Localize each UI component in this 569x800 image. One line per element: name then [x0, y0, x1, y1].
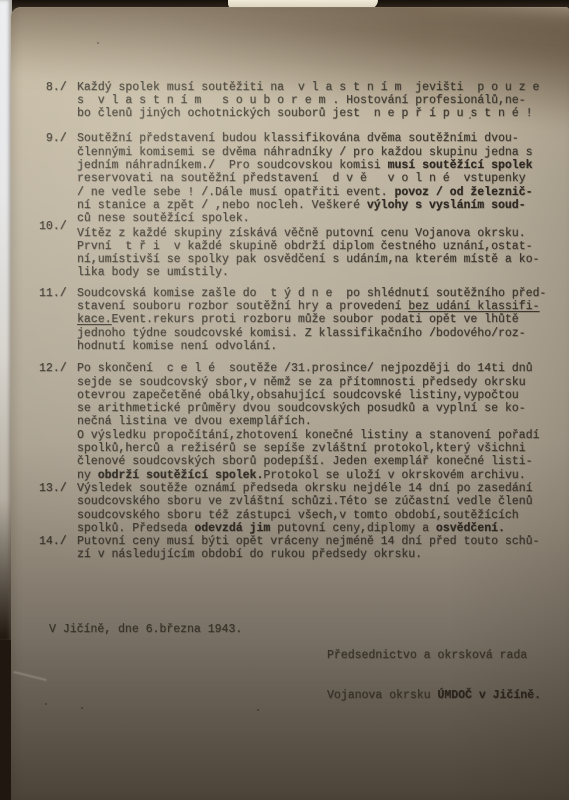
text-line: / ne vedle sebe ! /.Dále musí opatřiti e…	[77, 186, 533, 199]
item-text: Výsledek soutěže oznámí předseda okrsku …	[77, 482, 532, 535]
item-number: 13./	[39, 482, 77, 535]
text-line: První t ř i v každé skupině obdrží diplo…	[77, 240, 539, 253]
item-text: Každý spolek musí soutěžiti na v l a s t…	[77, 81, 539, 121]
list-item-11: 11./Soudcovská komise zašle do t ý d n e…	[39, 287, 569, 353]
text-line: Každý spolek musí soutěžiti na v l a s t…	[77, 81, 539, 94]
item-text: Soudcovská komise zašle do t ý d n e po …	[77, 287, 546, 353]
text-line: ní stanice a zpět / ,nebo nocleh. Vešker…	[77, 199, 533, 212]
signature-line-1: Předsednictvo a okrsková rada	[327, 649, 541, 662]
item-text: Po skončení c e l é soutěže /31.prosince…	[77, 362, 539, 482]
list-item-12: 12./Po skončení c e l é soutěže /31.pros…	[39, 362, 569, 482]
text-line: Výsledek soutěže oznámí předseda okrsku …	[77, 482, 532, 495]
text-line: lika body se umístily.	[77, 266, 539, 279]
text-line: jedním náhradníkem./ Pro soudcovskou kom…	[77, 159, 533, 172]
text-line: hodnutí komise není odvolání.	[77, 340, 546, 353]
text-line: Soudcovská komise zašle do t ý d n e po …	[77, 287, 546, 300]
text-line: Po skončení c e l é soutěže /31.prosince…	[77, 362, 539, 375]
text-line: zí v následujícím období do rukou předse…	[77, 548, 539, 561]
list-item-13: 13./Výsledek soutěže oznámí předseda okr…	[39, 482, 569, 535]
paper-speck	[45, 703, 47, 705]
numbered-items: 8./Každý spolek musí soutěžiti na v l a …	[39, 81, 569, 562]
list-item-14: 14./Putovní ceny musí býti opět vráceny …	[39, 535, 569, 562]
text-line: člennými komisemi se dvěma náhradníky / …	[77, 146, 533, 159]
item-number: 12./	[39, 362, 77, 482]
paper-speck	[257, 709, 259, 711]
text-line: jednoho týdne soudcovské komisi. Z klass…	[77, 327, 546, 340]
typed-text-block: 8./Každý spolek musí soutěžiti na v l a …	[39, 54, 569, 689]
signature-block: Předsednictvo a okrsková rada Vojanova o…	[327, 623, 541, 729]
text-line: spolků,herců a režisérů se sepíše zvlášt…	[77, 442, 539, 455]
text-line: s v l a s t n í m s o u b o r e m . Host…	[77, 94, 539, 107]
list-item-9: 9./Soutěžní představení budou klassifiko…	[39, 132, 569, 225]
document-footer: V Jičíně, dne 6.března 1943. Předsednict…	[39, 623, 569, 663]
paper-speck	[97, 42, 99, 44]
text-line: stavení souboru rozbor soutěžní hry a pr…	[77, 300, 546, 313]
item-number: 10./	[39, 220, 77, 273]
item-text: Putovní ceny musí býti opět vráceny nejm…	[77, 535, 539, 562]
text-line: sejde se soudcovský sbor,v němž se za př…	[77, 376, 539, 389]
text-line: kace.Event.rekurs proti rozboru může sou…	[77, 313, 546, 326]
text-line: Putovní ceny musí býti opět vráceny nejm…	[77, 535, 539, 548]
item-number: 11./	[39, 287, 77, 353]
list-item-10: 10./Vítěz z každé skupiny získává věčně …	[39, 227, 569, 280]
item-text: Vítěz z každé skupiny získává věčně puto…	[77, 227, 539, 280]
item-text: Soutěžní představení budou klassifikován…	[77, 132, 533, 225]
paper-speck	[469, 117, 471, 119]
text-line: soudcovského sboru ve zvláštní schůzi.Té…	[77, 495, 532, 508]
place-and-date: V Jičíně, dne 6.března 1943.	[49, 623, 242, 636]
item-number: 14./	[39, 535, 77, 562]
typed-page: 8./Každý spolek musí soutěžiti na v l a …	[11, 7, 569, 800]
text-line: Vítěz z každé skupiny získává věčně puto…	[77, 227, 539, 240]
text-line: soudcovského sboru též zástupci všech,v …	[77, 509, 532, 522]
text-line: ní,umístivší se spolky pak osvědčení s u…	[77, 253, 539, 266]
text-line: otevrou zapečetěné obálky,obsahující sou…	[77, 389, 539, 402]
list-item-8: 8./Každý spolek musí soutěžiti na v l a …	[39, 81, 569, 121]
text-line: ny obdrží soutěžící spolek.Protokol se u…	[77, 469, 539, 482]
paper-speck	[81, 707, 83, 709]
text-line: se arithmetické průměry dvou soudcovskýc…	[77, 402, 539, 415]
item-number: 9./	[39, 132, 77, 225]
text-line: Soutěžní představení budou klassifikován…	[77, 132, 533, 145]
document-photo: 8./Každý spolek musí soutěžiti na v l a …	[0, 0, 569, 800]
text-line: ců nese soutěžící spolek.	[77, 212, 533, 225]
text-line: nečná listina ve dvou exemplářích.	[77, 415, 539, 428]
text-line: O výsledku propočítání,zhotovení konečné…	[77, 429, 539, 442]
text-line: reservovati na soutěžní představení d v …	[77, 172, 533, 185]
item-number: 8./	[39, 81, 77, 121]
signature-line-2: Vojanova okrsku ÚMDOČ v Jičíně.	[327, 689, 541, 702]
text-line: spolků. Předseda odevzdá jim putovní cen…	[77, 522, 532, 535]
text-line: členové soudcovských sborů podepíší. Jed…	[77, 455, 539, 468]
